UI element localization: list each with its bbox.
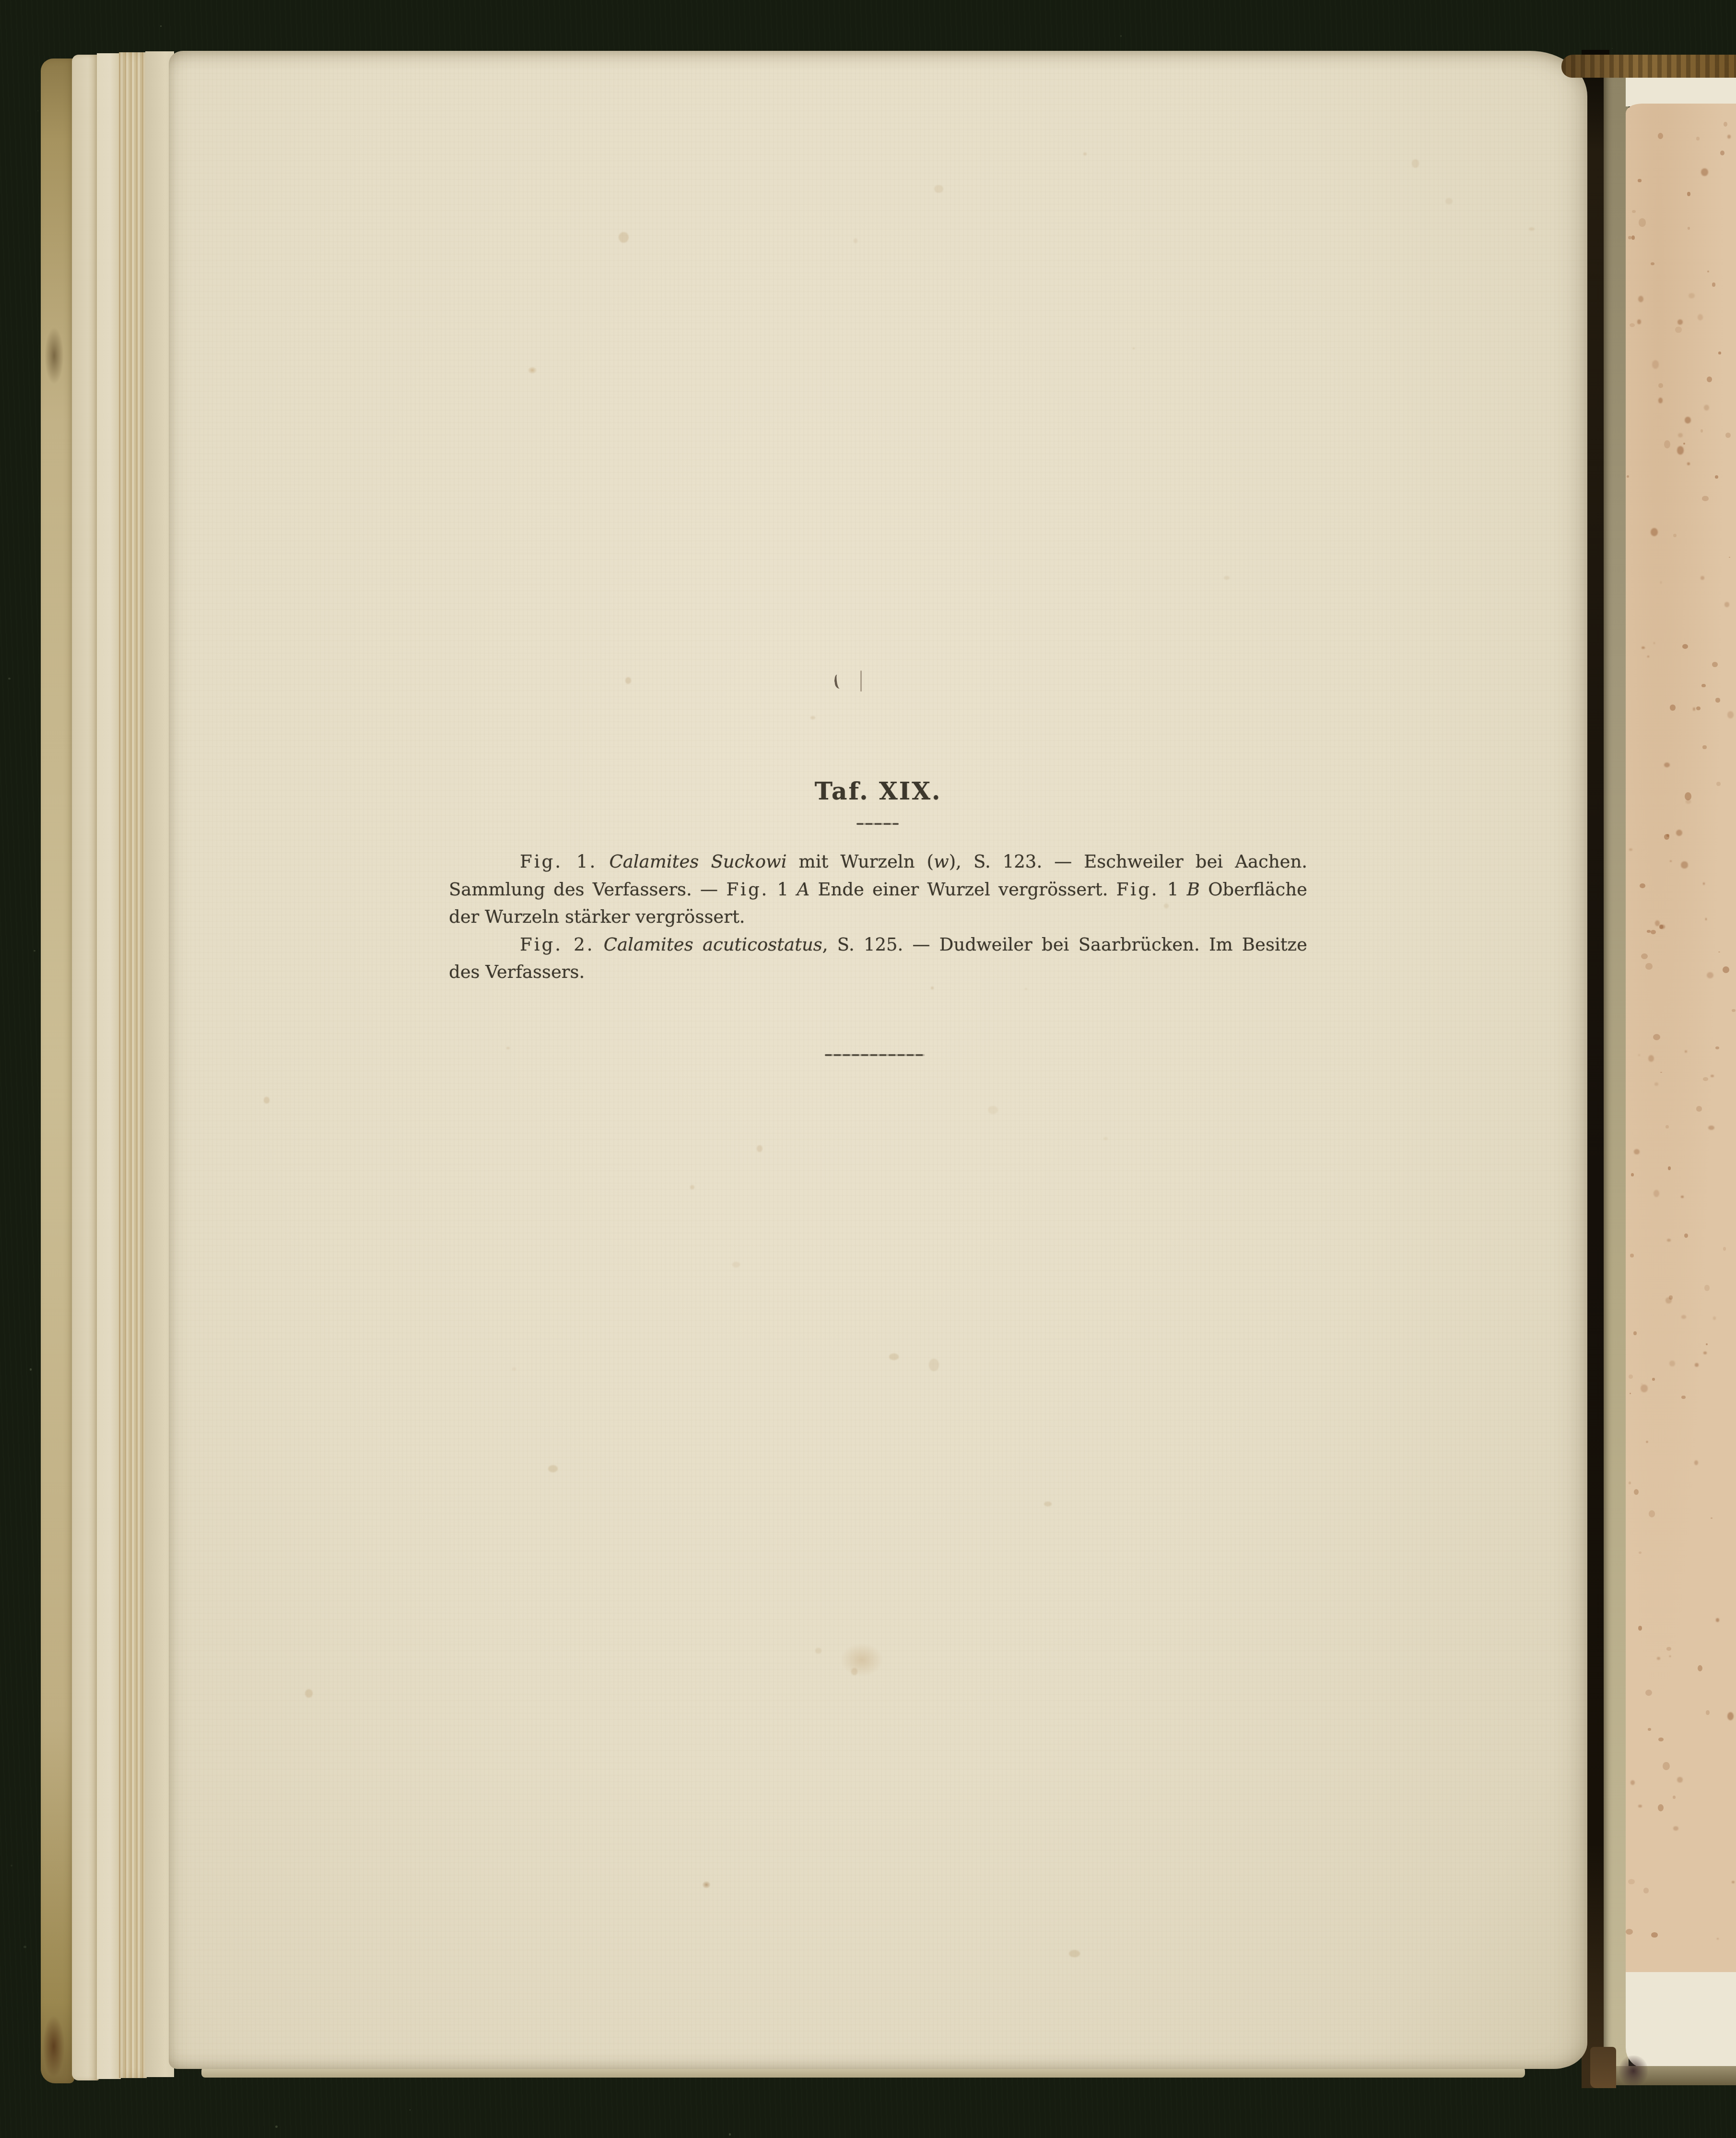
foxing-spot (1687, 192, 1690, 196)
foxing-spot (1663, 1762, 1670, 1771)
foxing-spot (1658, 398, 1663, 403)
foxing-spot (1645, 1690, 1652, 1696)
foxing-spot (1732, 1881, 1735, 1883)
foxing-spot (1698, 314, 1703, 320)
foxing-spot (1658, 133, 1663, 139)
foxing-spot (1677, 319, 1683, 325)
foxing-spot (1715, 475, 1718, 479)
foxing-spot (1651, 930, 1656, 934)
foxing-spot (1628, 236, 1631, 239)
foxing-spot (1638, 1626, 1642, 1630)
foxing-spot (1677, 1777, 1683, 1783)
foxing-spot (1727, 1712, 1734, 1720)
foxing-spot (1712, 662, 1718, 667)
paper-spot (305, 1689, 313, 1698)
dust-speck (30, 1368, 32, 1370)
page-edge-layer (97, 53, 121, 2079)
foxing-spot (1655, 920, 1660, 926)
foxing-spot (1673, 534, 1677, 538)
foxing-spot (1652, 1378, 1654, 1381)
paper-spot (506, 1047, 510, 1049)
dust-speck (1120, 35, 1122, 36)
paper-spot (1529, 227, 1535, 231)
paper-spot (757, 1145, 762, 1152)
foxing-spot (1677, 446, 1684, 455)
foxing-spot (1651, 528, 1658, 536)
paper-spot (854, 238, 858, 243)
foxing-spot (1643, 1888, 1649, 1893)
paper-spot (732, 1262, 740, 1268)
foxing-spot (1681, 1396, 1686, 1399)
foxing-spot (1664, 834, 1669, 840)
paper-foxing-layer (169, 51, 1587, 2069)
foxing-spot (1666, 1125, 1669, 1129)
foxing-spot (1687, 462, 1690, 465)
foxing-spot (1668, 1166, 1671, 1170)
foxing-spot (1666, 1647, 1672, 1651)
foxing-spot (1647, 656, 1650, 658)
foxing-spot (1732, 1009, 1736, 1012)
foxing-spot (1658, 1738, 1663, 1741)
foxing-spot (1723, 1247, 1726, 1250)
foxing-spot (1667, 1239, 1671, 1242)
foxing-spot (1639, 218, 1645, 226)
foxing-spot (1654, 642, 1655, 644)
foxing-spot (1698, 1665, 1702, 1671)
paper-spot (625, 677, 631, 684)
foxing-spot (1641, 953, 1648, 959)
foxing-spot (1707, 972, 1713, 978)
foxing-spot (1634, 1149, 1639, 1154)
paper-spot (264, 1097, 270, 1104)
foxing-spot (1727, 711, 1733, 718)
foxing-spot (1658, 383, 1663, 388)
foxing-spot (1689, 293, 1695, 298)
foxing-spot (1654, 1190, 1659, 1197)
foxing-spot (1716, 782, 1721, 786)
foxing-spot (1637, 319, 1641, 324)
foxing-spots-layer (1626, 104, 1736, 1974)
foxing-spot (1630, 1393, 1631, 1395)
foxing-spot (1670, 860, 1671, 862)
foxing-spot (1638, 1805, 1642, 1808)
dust-speck (160, 25, 162, 27)
foxing-spot (1684, 1233, 1688, 1238)
dust-speck (37, 110, 38, 111)
paper-spot (512, 1367, 516, 1371)
foxing-spot (1660, 581, 1662, 584)
foxing-spot (1685, 1050, 1687, 1053)
foxing-spot (1632, 210, 1636, 213)
foxing-spot (1638, 296, 1643, 302)
foxing-spot (1701, 576, 1704, 580)
foxing-spot (1627, 475, 1629, 478)
binding-edge-strip (41, 59, 74, 2083)
foxing-spot (1673, 1796, 1676, 1799)
foxing-spot (1683, 443, 1685, 445)
paper-spot (889, 1353, 899, 1360)
foxing-spot (1669, 1656, 1671, 1657)
right-page-foxed-area (1626, 104, 1736, 1974)
foxing-spot (1715, 698, 1720, 702)
foxing-spot (1630, 323, 1634, 327)
foxing-spot (1704, 405, 1709, 411)
paper-spot (931, 987, 933, 989)
foxing-spot (1630, 1780, 1635, 1785)
foxing-spot (1675, 327, 1682, 333)
foxing-spot (1725, 433, 1731, 438)
foxing-spot (1701, 429, 1703, 432)
foxing-spot (1685, 792, 1691, 800)
dust-speck (410, 2109, 411, 2111)
foxing-spot (1717, 1938, 1719, 1940)
paper-spot (1069, 1950, 1080, 1957)
foxing-spot (1729, 557, 1730, 558)
foxing-spot (1711, 1517, 1713, 1519)
foxing-spot (1638, 179, 1642, 182)
foxing-spot (1720, 151, 1724, 155)
foxing-spot (1681, 861, 1688, 869)
foxing-spot (1634, 1489, 1639, 1495)
foxing-spot (1673, 1826, 1678, 1831)
paper-spot (1083, 153, 1087, 155)
foxing-spot (1703, 882, 1705, 885)
foxing-spot (1658, 1804, 1664, 1811)
foxing-spot (1651, 1932, 1658, 1938)
paper-spot (1133, 348, 1135, 349)
foxing-spot (1703, 1077, 1708, 1081)
foxing-spot (1711, 1075, 1714, 1078)
dust-speck (729, 2133, 731, 2135)
foxing-spot (1696, 137, 1700, 141)
dust-speck (275, 2126, 278, 2128)
foxing-spot (1701, 684, 1706, 687)
foxing-spot (1640, 883, 1645, 888)
foxing-spot (1664, 440, 1670, 448)
foxing-spot (1676, 830, 1682, 836)
paper-spot (1412, 159, 1419, 168)
paper-spot (619, 232, 629, 243)
foxing-spot (1654, 1082, 1658, 1086)
foxing-spot (1681, 1196, 1684, 1198)
foxing-spot (1645, 963, 1653, 970)
paper-spot (934, 185, 943, 193)
paper-spot (1224, 576, 1230, 580)
foxing-spot (1631, 1173, 1634, 1176)
right-page-bottom-margin (1626, 1972, 1736, 2069)
foxing-spot (1647, 930, 1651, 933)
foxing-spot (1633, 1331, 1637, 1336)
foxing-spot (1708, 1126, 1714, 1130)
foxing-spot (1641, 1385, 1648, 1392)
pen-mark (860, 670, 862, 692)
foxing-spot (1694, 1460, 1698, 1465)
foxing-spot (1701, 168, 1708, 176)
foxing-spot (1651, 262, 1654, 265)
foxing-spot (1693, 707, 1696, 711)
paper-spot (988, 1106, 998, 1114)
foxing-spot (1652, 360, 1659, 369)
foxing-spot (1678, 433, 1683, 438)
foxing-spot (1702, 496, 1709, 501)
page-edge-layer (119, 52, 147, 2078)
foxing-spot (1669, 1361, 1675, 1366)
right-page-curved-edge (1604, 72, 1629, 2076)
foxing-spot (1659, 925, 1663, 929)
foxing-spot (1628, 1879, 1635, 1884)
binding-spine-bottom (1590, 2047, 1616, 2088)
left-page: Taf. XIX. Fig. 1. Calamites Suckowi mit … (169, 51, 1587, 2069)
foxing-spot (1639, 1551, 1642, 1554)
foxing-spot (1686, 799, 1691, 804)
foxing-spot (1707, 376, 1712, 382)
foxing-spot (1712, 282, 1715, 287)
foxing-spot (1642, 646, 1645, 649)
dust-speck (11, 1865, 13, 1867)
foxing-spot (1704, 1285, 1710, 1291)
foxing-spot (1685, 417, 1691, 424)
paper-spot (548, 1465, 558, 1472)
foxing-spot (1666, 1297, 1672, 1304)
paper-spot (1044, 1502, 1052, 1506)
foxing-spot (1682, 644, 1688, 649)
paper-spot (815, 1648, 821, 1653)
dust-speck (8, 678, 11, 680)
foxing-spot (1629, 848, 1632, 851)
foxing-spot (1688, 227, 1690, 229)
foxing-spot (1707, 270, 1710, 272)
corner-stain (1619, 2056, 1648, 2086)
foxing-spot (1718, 952, 1720, 953)
foxing-spot (1664, 763, 1670, 767)
foxing-spot (1669, 1295, 1672, 1300)
foxing-spot (1631, 235, 1635, 240)
foxing-spot (1681, 1315, 1686, 1319)
foxing-spot (1705, 918, 1707, 920)
foxing-spot (1653, 1034, 1660, 1040)
foxing-spot (1626, 1929, 1633, 1935)
paper-spot (851, 1668, 857, 1675)
foxing-spot (1646, 1441, 1648, 1443)
foxing-spot (1702, 745, 1707, 750)
foxing-spot (1660, 925, 1665, 929)
foxing-spot (1696, 706, 1701, 710)
paper-spot (1445, 198, 1453, 205)
foxing-spot (1727, 135, 1731, 139)
paper-spot (810, 716, 815, 719)
foxing-spot (1648, 1055, 1654, 1062)
foxing-spot (1648, 1728, 1651, 1731)
foxing-spot (1716, 1618, 1719, 1622)
binding-spine-top (1561, 55, 1736, 78)
foxing-spot (1670, 705, 1676, 711)
foxing-spot (1706, 1343, 1708, 1345)
dust-speck (23, 1946, 26, 1948)
paper-spot (690, 1185, 694, 1189)
foxing-spot (1630, 1254, 1633, 1257)
foxing-spot (1696, 1106, 1702, 1111)
foxing-spot (1629, 1374, 1633, 1378)
book-scan-root: { "page": { "heading": "Taf. XIX.", "cap… (0, 0, 1736, 2138)
foxing-spot (1657, 1657, 1660, 1660)
foxing-spot (1724, 122, 1727, 127)
foxing-spot (1713, 1316, 1716, 1320)
foxing-spot (1723, 966, 1729, 973)
paper-spot (929, 1359, 939, 1371)
foxing-spot (1641, 1384, 1642, 1385)
foxing-spot (1718, 352, 1721, 354)
page-edge-layer (72, 55, 99, 2080)
foxing-spot (1638, 1054, 1641, 1056)
foxing-spot (1706, 1710, 1710, 1715)
foxing-spot (1695, 1363, 1698, 1366)
foxing-spot (1724, 602, 1729, 607)
foxing-spot (1649, 1510, 1655, 1517)
paper-spot (1164, 904, 1169, 908)
foxing-spot (1629, 1481, 1631, 1484)
paper-spot (1025, 988, 1027, 990)
paper-spot (1103, 1137, 1108, 1140)
foxing-spot (1660, 1072, 1662, 1073)
foxing-spot (1715, 1046, 1720, 1049)
foxing-spot (1666, 834, 1669, 837)
dust-speck (1612, 48, 1613, 49)
dust-speck (34, 950, 35, 952)
foxing-spot (1703, 1351, 1707, 1354)
